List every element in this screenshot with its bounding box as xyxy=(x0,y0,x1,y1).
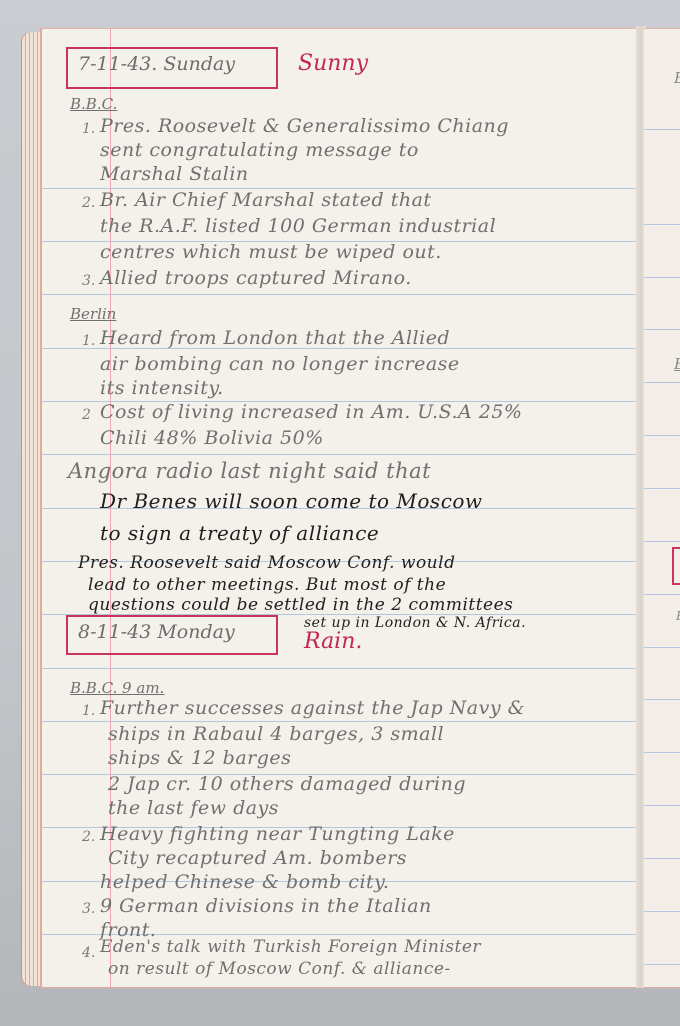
text-line: on result of Moscow Conf. & alliance- xyxy=(108,959,451,979)
item-number: 4. xyxy=(82,945,95,961)
text-line: ships & 12 barges xyxy=(108,747,291,769)
text-line: Allied troops captured Mirano. xyxy=(100,267,412,289)
ruling-line xyxy=(644,805,680,806)
text-line: Eden's talk with Turkish Foreign Ministe… xyxy=(100,937,481,957)
text-line: Br. Air Chief Marshal stated that xyxy=(100,189,432,211)
ruling-line xyxy=(644,752,680,753)
ruling-line xyxy=(42,454,642,455)
item-number: 2. xyxy=(82,195,95,211)
right-page: B Be B xyxy=(644,28,680,988)
item-number: 3. xyxy=(82,901,95,917)
weather-note: Sunny xyxy=(298,51,368,76)
ruling-line xyxy=(644,541,680,542)
ruling-line xyxy=(644,129,680,130)
text-line: ships in Rabaul 4 barges, 3 small xyxy=(108,723,444,745)
roosevelt-note-line: questions could be settled in the 2 comm… xyxy=(88,595,513,615)
text-line: air bombing can no longer increase xyxy=(100,353,460,375)
text-line: Chili 48% Bolivia 50% xyxy=(100,427,324,449)
item-number: 1. xyxy=(82,333,95,349)
ruling-line xyxy=(644,382,680,383)
text-line: Cost of living increased in Am. U.S.A 25… xyxy=(100,401,522,423)
text-line: 2 Jap cr. 10 others damaged during xyxy=(108,773,466,795)
text-line: helped Chinese & bomb city. xyxy=(100,871,389,893)
angora-note-line: Angora radio last night said that xyxy=(68,459,431,483)
date-box: 8-11-43 Monday xyxy=(66,615,278,655)
notebook: 7-11-43. Sunday Sunny B.B.C. 1. Pres. Ro… xyxy=(22,26,680,988)
ruling-line xyxy=(42,668,642,669)
item-number: 3. xyxy=(82,273,95,289)
ruling-line xyxy=(644,699,680,700)
text-line: Heavy fighting near Tungting Lake xyxy=(100,823,455,845)
right-page-fragment: B xyxy=(674,69,680,87)
text-line: Further successes against the Jap Navy & xyxy=(100,697,525,719)
text-line: sent congratulating message to xyxy=(100,139,419,161)
ruling-line xyxy=(644,277,680,278)
text-line: centres which must be wiped out. xyxy=(100,241,442,263)
section-heading: B.B.C. 9 am. xyxy=(70,679,164,697)
right-page-date-box xyxy=(672,547,680,585)
text-line: Marshal Stalin xyxy=(100,163,249,185)
item-number: 1. xyxy=(82,121,95,137)
item-number: 1. xyxy=(82,703,95,719)
roosevelt-note-line: Pres. Roosevelt said Moscow Conf. would xyxy=(78,553,455,573)
section-heading: B.B.C. xyxy=(70,95,117,113)
angora-note-line: to sign a treaty of alliance xyxy=(100,521,379,545)
ruling-line xyxy=(644,647,680,648)
roosevelt-note-line: lead to other meetings. But most of the xyxy=(88,575,446,595)
ruling-line xyxy=(644,964,680,965)
ruling-line xyxy=(42,294,642,295)
ruling-line xyxy=(644,488,680,489)
text-line: the last few days xyxy=(108,797,279,819)
ruling-line xyxy=(644,435,680,436)
item-number: 2. xyxy=(82,829,95,845)
text-line: City recaptured Am. bombers xyxy=(108,847,407,869)
right-page-fragment: B xyxy=(676,609,680,623)
ruling-line xyxy=(644,224,680,225)
section-heading: Berlin xyxy=(70,305,116,323)
left-page: 7-11-43. Sunday Sunny B.B.C. 1. Pres. Ro… xyxy=(40,28,642,988)
text-line: its intensity. xyxy=(100,377,224,399)
ruling-line xyxy=(644,858,680,859)
ruling-line xyxy=(42,721,642,722)
weather-note: Rain. xyxy=(304,629,362,654)
item-number: 2 xyxy=(82,407,91,423)
date-box: 7-11-43. Sunday xyxy=(66,47,278,89)
angora-note-line: Dr Benes will soon come to Moscow xyxy=(100,489,483,513)
ruling-line xyxy=(644,329,680,330)
right-page-fragment: Be xyxy=(674,355,680,373)
ruling-line xyxy=(644,594,680,595)
ruling-line xyxy=(644,911,680,912)
text-line: Heard from London that the Allied xyxy=(100,327,450,349)
text-line: 9 German divisions in the Italian xyxy=(100,895,432,917)
text-line: Pres. Roosevelt & Generalissimo Chiang xyxy=(100,115,509,137)
text-line: the R.A.F. listed 100 German industrial xyxy=(100,215,496,237)
